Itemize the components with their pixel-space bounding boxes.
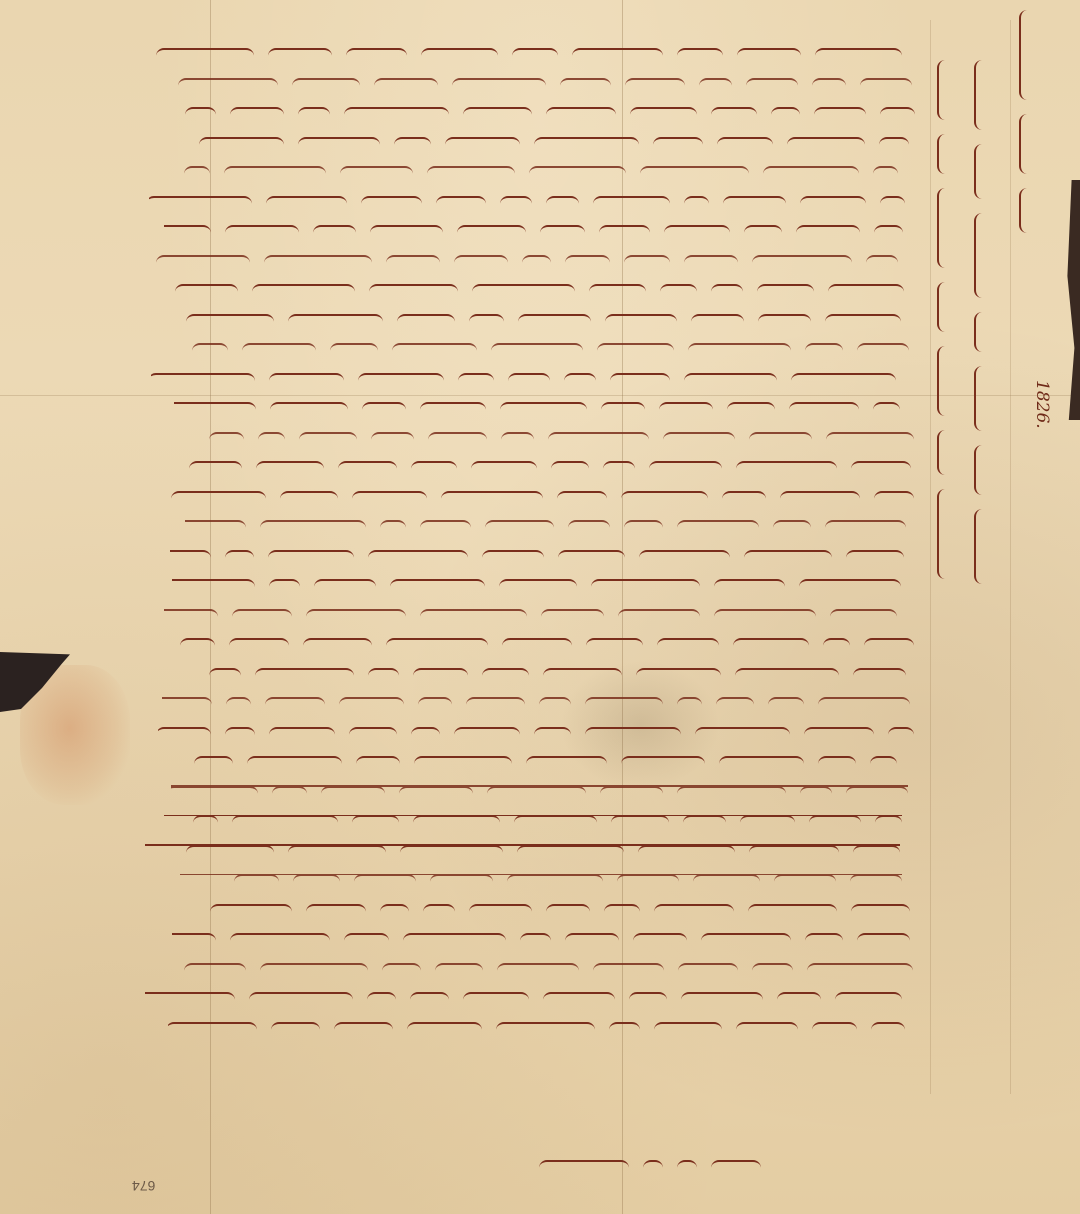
handwritten-word — [514, 816, 597, 828]
handwritten-line — [161, 629, 914, 651]
handwritten-word — [880, 108, 915, 120]
handwritten-word — [874, 491, 914, 503]
handwritten-word — [338, 462, 397, 474]
handwritten-word — [787, 137, 865, 149]
handwritten-word — [288, 314, 383, 326]
handwritten-word — [445, 137, 520, 149]
handwritten-word — [546, 196, 579, 208]
handwritten-word — [874, 226, 903, 238]
handwritten-word — [454, 255, 508, 267]
handwritten-word — [624, 255, 670, 267]
margin-note-column — [929, 60, 948, 593]
handwritten-word — [825, 521, 906, 533]
handwritten-word — [604, 904, 640, 916]
handwritten-word — [551, 462, 589, 474]
handwritten-word — [857, 344, 909, 356]
handwritten-word — [853, 668, 906, 680]
handwritten-word — [400, 845, 503, 857]
handwritten-word — [413, 668, 468, 680]
handwritten-word — [368, 668, 399, 680]
handwritten-word — [688, 344, 791, 356]
handwritten-line — [144, 157, 897, 179]
handwritten-word — [369, 285, 458, 297]
handwritten-word — [194, 757, 233, 769]
handwritten-word — [600, 786, 663, 798]
handwritten-word — [657, 639, 719, 651]
handwritten-word — [303, 639, 372, 651]
handwritten-word — [491, 344, 583, 356]
handwritten-word — [777, 993, 821, 1005]
handwritten-word — [156, 49, 254, 61]
handwritten-word — [380, 521, 406, 533]
handwritten-word — [799, 580, 901, 592]
handwritten-word — [520, 934, 551, 946]
handwritten-word — [548, 432, 649, 444]
handwritten-word — [621, 757, 705, 769]
handwritten-word — [870, 757, 897, 769]
handwritten-word — [255, 668, 354, 680]
handwritten-word — [825, 314, 901, 326]
manuscript-page: 1826. 674 — [0, 0, 1080, 1214]
handwritten-word — [268, 49, 332, 61]
handwritten-word — [805, 934, 843, 946]
handwritten-word — [485, 521, 554, 533]
handwritten-word — [875, 816, 902, 828]
handwritten-word — [618, 609, 700, 621]
handwritten-line — [172, 570, 901, 592]
handwritten-word — [714, 609, 816, 621]
handwritten-word — [752, 963, 793, 975]
handwritten-line — [164, 599, 898, 621]
handwritten-word — [374, 78, 438, 90]
handwritten-word — [234, 875, 279, 887]
handwritten-word — [866, 255, 898, 267]
handwritten-word — [420, 609, 527, 621]
handwritten-line — [162, 688, 910, 710]
handwritten-word — [568, 521, 610, 533]
handwritten-word — [722, 491, 766, 503]
handwritten-word — [472, 285, 575, 297]
handwritten-word — [184, 963, 246, 975]
handwritten-word — [435, 963, 483, 975]
handwritten-word — [507, 875, 603, 887]
handwritten-word — [390, 580, 485, 592]
handwritten-word — [436, 196, 486, 208]
handwritten-word — [499, 580, 577, 592]
handwritten-word — [585, 698, 663, 710]
handwritten-word — [420, 403, 486, 415]
handwritten-word — [252, 285, 355, 297]
handwritten-line — [172, 924, 910, 946]
handwritten-word — [306, 609, 406, 621]
handwritten-word — [512, 49, 558, 61]
handwritten-word — [744, 226, 782, 238]
handwritten-word — [684, 196, 709, 208]
handwritten-word — [293, 875, 340, 887]
handwritten-line — [166, 275, 905, 297]
handwritten-line — [170, 540, 904, 562]
handwritten-word — [610, 373, 670, 385]
handwritten-word — [410, 993, 449, 1005]
handwritten-line — [156, 39, 902, 61]
handwritten-word — [758, 314, 811, 326]
handwritten-word — [683, 816, 726, 828]
handwritten-word — [773, 521, 811, 533]
handwritten-word — [846, 786, 908, 798]
handwritten-word — [736, 462, 837, 474]
handwritten-word — [818, 757, 856, 769]
handwritten-word — [693, 875, 760, 887]
handwritten-word — [560, 78, 611, 90]
handwritten-word — [469, 314, 504, 326]
handwritten-word — [677, 521, 759, 533]
letter-body — [0, 0, 1080, 1214]
handwritten-word — [271, 1022, 320, 1034]
handwritten-word — [471, 462, 537, 474]
handwritten-word — [334, 1022, 393, 1034]
handwritten-word — [171, 491, 266, 503]
handwritten-word — [418, 698, 452, 710]
handwritten-word — [487, 786, 586, 798]
handwritten-word — [593, 196, 670, 208]
handwritten-word — [744, 550, 832, 562]
handwritten-word — [427, 167, 515, 179]
handwritten-word — [749, 845, 839, 857]
handwritten-word — [768, 698, 804, 710]
handwritten-word — [518, 314, 591, 326]
handwritten-word — [164, 609, 219, 621]
letter-date: 1826. — [1032, 380, 1052, 429]
handwritten-word — [888, 727, 914, 739]
handwritten-word — [175, 285, 238, 297]
handwritten-word — [826, 432, 914, 444]
handwritten-word — [225, 226, 299, 238]
handwritten-word — [411, 727, 440, 739]
handwritten-word — [210, 904, 292, 916]
handwritten-word — [714, 580, 785, 592]
handwritten-line — [176, 658, 906, 680]
handwritten-word — [565, 934, 619, 946]
handwritten-word — [497, 963, 579, 975]
handwritten-word — [684, 255, 738, 267]
handwritten-word — [399, 786, 473, 798]
handwritten-word — [500, 196, 532, 208]
handwritten-word — [540, 226, 585, 238]
handwritten-word — [272, 786, 307, 798]
handwritten-word — [723, 196, 786, 208]
handwritten-word — [740, 816, 795, 828]
handwritten-word — [186, 845, 274, 857]
handwritten-word — [546, 904, 590, 916]
handwritten-word — [501, 432, 534, 444]
archive-number: 674 — [132, 1178, 155, 1194]
handwritten-word — [677, 49, 723, 61]
handwritten-word — [633, 934, 687, 946]
handwritten-word — [873, 167, 898, 179]
handwritten-word — [313, 226, 356, 238]
handwritten-word — [358, 373, 444, 385]
handwritten-word — [226, 698, 251, 710]
handwritten-line — [145, 835, 900, 857]
handwritten-line — [158, 68, 912, 90]
handwritten-word — [371, 432, 414, 444]
handwritten-word — [209, 432, 244, 444]
handwritten-line — [151, 363, 896, 385]
handwritten-word — [605, 314, 677, 326]
handwritten-word — [814, 108, 866, 120]
handwritten-word — [625, 78, 685, 90]
handwritten-word — [564, 373, 596, 385]
handwritten-word — [346, 49, 407, 61]
handwritten-word — [306, 904, 366, 916]
handwritten-word — [260, 521, 366, 533]
handwritten-word — [711, 285, 743, 297]
handwritten-word — [818, 698, 910, 710]
handwritten-word — [249, 993, 353, 1005]
handwritten-word — [541, 609, 604, 621]
handwritten-word — [394, 137, 431, 149]
handwritten-word — [517, 845, 624, 857]
handwritten-word — [791, 373, 896, 385]
handwritten-word — [780, 491, 860, 503]
handwritten-word — [804, 727, 874, 739]
handwritten-word — [735, 668, 839, 680]
handwritten-word — [534, 137, 639, 149]
handwritten-word — [407, 1022, 482, 1034]
handwritten-word — [639, 550, 730, 562]
handwritten-word — [601, 403, 645, 415]
handwritten-word — [184, 167, 210, 179]
handwritten-word — [421, 49, 498, 61]
handwritten-word — [370, 226, 443, 238]
handwritten-word — [807, 963, 913, 975]
handwritten-word — [809, 816, 861, 828]
handwritten-word — [496, 1022, 595, 1034]
handwritten-word — [572, 49, 663, 61]
handwritten-word — [264, 255, 372, 267]
handwritten-word — [298, 137, 380, 149]
handwritten-word — [526, 757, 607, 769]
handwritten-word — [164, 226, 210, 238]
handwritten-word — [681, 993, 763, 1005]
handwritten-word — [823, 639, 850, 651]
handwritten-line — [170, 481, 914, 503]
handwritten-word — [508, 373, 550, 385]
handwritten-word — [352, 491, 427, 503]
handwritten-word — [677, 786, 786, 798]
handwritten-word — [752, 255, 852, 267]
handwritten-word — [392, 344, 477, 356]
handwritten-word — [386, 255, 440, 267]
handwritten-word — [482, 668, 529, 680]
handwritten-line — [179, 304, 901, 326]
handwritten-word — [172, 580, 255, 592]
handwritten-word — [185, 521, 245, 533]
handwritten-word — [757, 285, 814, 297]
handwritten-word — [349, 727, 397, 739]
handwritten-word — [185, 108, 216, 120]
handwritten-word — [172, 934, 216, 946]
handwritten-word — [247, 757, 342, 769]
handwritten-word — [269, 727, 335, 739]
handwritten-word — [266, 196, 347, 208]
handwritten-line — [180, 865, 902, 887]
handwritten-word — [269, 373, 344, 385]
handwritten-word — [860, 78, 912, 90]
handwritten-word — [168, 1022, 258, 1034]
handwritten-word — [812, 78, 846, 90]
handwritten-line — [164, 806, 902, 828]
handwritten-word — [654, 904, 734, 916]
handwritten-word — [268, 550, 354, 562]
handwritten-word — [340, 167, 413, 179]
handwritten-word — [229, 639, 289, 651]
handwritten-word — [880, 196, 905, 208]
handwritten-word — [414, 757, 512, 769]
handwritten-word — [873, 403, 900, 415]
handwritten-word — [630, 108, 697, 120]
margin-note-column — [966, 60, 985, 598]
handwritten-word — [557, 491, 607, 503]
handwritten-word — [736, 1022, 798, 1034]
handwritten-word — [469, 904, 532, 916]
handwritten-word — [629, 993, 667, 1005]
handwritten-line — [145, 983, 902, 1005]
handwritten-word — [230, 108, 284, 120]
handwritten-word — [640, 167, 749, 179]
handwritten-word — [796, 226, 860, 238]
handwritten-word — [380, 904, 409, 916]
handwritten-word — [225, 727, 255, 739]
handwritten-word — [156, 255, 250, 267]
handwritten-word — [748, 904, 837, 916]
handwritten-word — [749, 432, 812, 444]
handwritten-line — [173, 127, 908, 149]
handwritten-word — [522, 255, 551, 267]
handwritten-word — [230, 934, 330, 946]
handwritten-word — [586, 639, 643, 651]
handwritten-word — [654, 1022, 722, 1034]
handwritten-line — [158, 717, 915, 739]
handwritten-word — [851, 904, 910, 916]
handwritten-line — [164, 334, 910, 356]
handwritten-word — [711, 108, 757, 120]
handwritten-word — [691, 314, 744, 326]
handwritten-word — [171, 786, 258, 798]
handwritten-word — [812, 1022, 857, 1034]
handwritten-word — [280, 491, 338, 503]
handwritten-word — [420, 521, 471, 533]
handwritten-line — [185, 511, 905, 533]
handwritten-word — [603, 462, 635, 474]
handwritten-word — [846, 550, 904, 562]
handwritten-word — [771, 108, 800, 120]
handwritten-word — [565, 255, 610, 267]
handwritten-word — [828, 285, 904, 297]
handwritten-word — [621, 491, 708, 503]
handwritten-line — [171, 776, 908, 798]
handwritten-word — [879, 137, 909, 149]
handwritten-word — [463, 993, 529, 1005]
handwritten-word — [850, 875, 902, 887]
handwritten-word — [830, 609, 897, 621]
handwritten-word — [298, 108, 330, 120]
handwritten-word — [815, 49, 902, 61]
handwritten-word — [599, 226, 650, 238]
handwritten-word — [835, 993, 902, 1005]
handwritten-word — [362, 403, 406, 415]
handwritten-word — [609, 1022, 640, 1034]
handwritten-word — [265, 698, 325, 710]
margin-note-column — [1011, 10, 1030, 247]
handwritten-word — [677, 698, 702, 710]
handwritten-word — [361, 196, 422, 208]
handwritten-word — [242, 344, 316, 356]
handwritten-word — [805, 344, 843, 356]
handwritten-word — [288, 845, 386, 857]
handwritten-word — [864, 639, 914, 651]
handwritten-word — [871, 1022, 905, 1034]
handwritten-word — [717, 137, 773, 149]
handwritten-word — [457, 226, 526, 238]
handwritten-word — [482, 550, 544, 562]
handwritten-word — [502, 639, 572, 651]
handwritten-line — [148, 747, 897, 769]
handwritten-word — [441, 491, 543, 503]
handwritten-word — [558, 550, 625, 562]
handwritten-word — [260, 963, 368, 975]
handwritten-word — [593, 963, 664, 975]
handwritten-word — [789, 403, 859, 415]
handwritten-word — [649, 462, 722, 474]
handwritten-word — [684, 373, 777, 385]
handwritten-word — [663, 432, 735, 444]
handwritten-word — [719, 757, 804, 769]
handwritten-line — [168, 1012, 906, 1034]
handwritten-word — [733, 639, 809, 651]
handwritten-word — [352, 816, 399, 828]
handwritten-word — [192, 344, 228, 356]
handwritten-word — [716, 698, 754, 710]
handwritten-word — [800, 786, 832, 798]
handwritten-word — [356, 757, 400, 769]
handwritten-word — [354, 875, 416, 887]
handwritten-word — [591, 580, 700, 592]
handwritten-word — [543, 993, 615, 1005]
handwritten-word — [851, 462, 911, 474]
handwritten-word — [151, 373, 255, 385]
handwritten-word — [170, 550, 211, 562]
handwritten-word — [232, 816, 338, 828]
handwritten-word — [149, 196, 252, 208]
handwritten-line — [174, 393, 900, 415]
handwritten-word — [423, 904, 455, 916]
handwritten-word — [678, 963, 738, 975]
handwritten-word — [543, 668, 622, 680]
handwritten-line — [149, 186, 905, 208]
handwritten-word — [617, 875, 679, 887]
handwritten-word — [256, 462, 324, 474]
handwritten-word — [344, 934, 389, 946]
signature — [525, 1150, 761, 1175]
handwritten-word — [636, 668, 721, 680]
handwritten-word — [186, 314, 274, 326]
handwritten-word — [413, 816, 500, 828]
handwritten-line — [157, 422, 915, 444]
handwritten-word — [314, 580, 376, 592]
handwritten-word — [546, 108, 616, 120]
handwritten-line — [165, 452, 911, 474]
